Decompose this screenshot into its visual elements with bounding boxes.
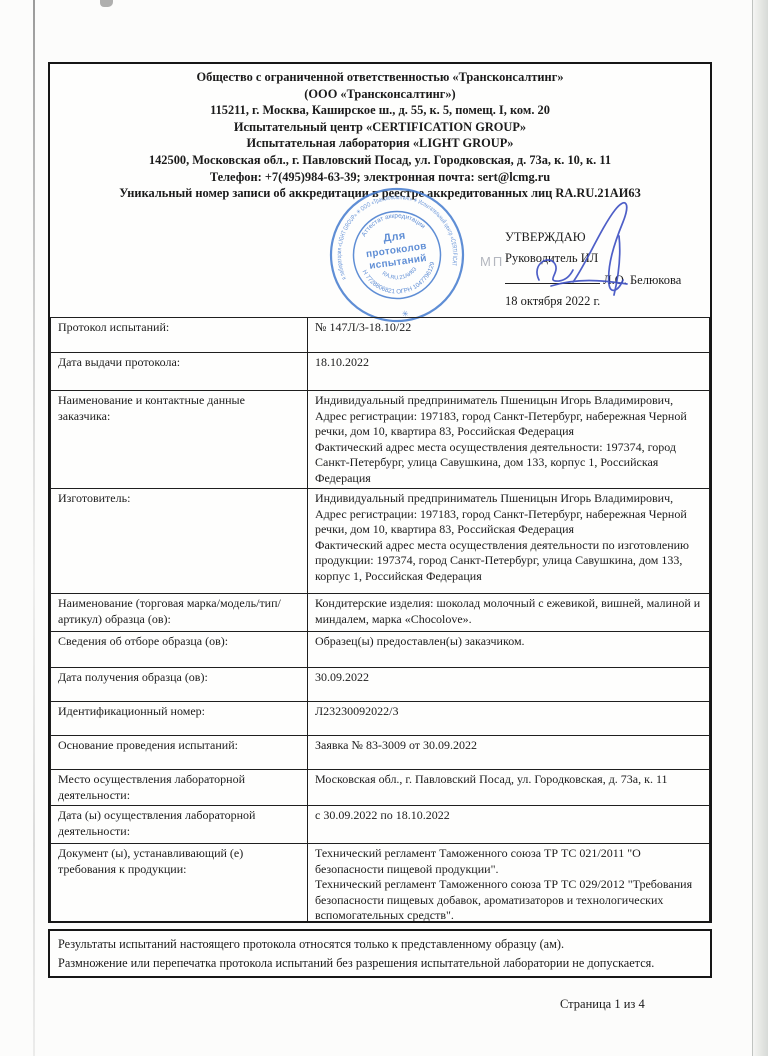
row-value: 30.09.2022 (308, 668, 710, 702)
ink-smudge-artifact (100, 0, 113, 7)
row-value: Технический регламент Таможенного союза … (308, 844, 710, 924)
table-row: Дата получения образца (ов):30.09.2022 (51, 668, 710, 702)
letterhead: Общество с ограниченной ответственностью… (50, 64, 710, 202)
table-row: Идентификационный номер:Л23230092022/3 (51, 702, 710, 736)
row-label: Дата получения образца (ов): (51, 668, 308, 702)
row-label: Протокол испытаний: (51, 318, 308, 353)
approve-label: УТВЕРЖДАЮ (505, 227, 712, 248)
row-label: Наименование и контактные данные заказчи… (51, 391, 308, 489)
row-value: № 147Л/3-18.10/22 (308, 318, 710, 353)
row-value: 18.10.2022 (308, 353, 710, 391)
row-label: Сведения об отборе образца (ов): (51, 632, 308, 668)
letterhead-line: 115211, г. Москва, Каширское ш., д. 55, … (50, 102, 710, 119)
row-label: Документ (ы), устанавливающий (е) требов… (51, 844, 308, 924)
note-line: Результаты испытаний настоящего протокол… (58, 935, 702, 954)
table-row: Дата выдачи протокола:18.10.2022 (51, 353, 710, 391)
row-value: Кондитерские изделия: шоколад молочный с… (308, 594, 710, 632)
row-value: Индивидуальный предприниматель Пшеницын … (308, 489, 710, 594)
document-frame: Общество с ограниченной ответственностью… (48, 62, 712, 923)
table-row: Сведения об отборе образца (ов):Образец(… (51, 632, 710, 668)
scan-edge-left-artifact (33, 0, 35, 1056)
page-number: Страница 1 из 4 (560, 997, 645, 1012)
letterhead-line: Общество с ограниченной ответственностью… (50, 69, 710, 86)
note-line: Размножение или перепечатка протокола ис… (58, 954, 702, 973)
table-row: Дата (ы) осуществления лабораторной деят… (51, 806, 710, 844)
signer-name: Л.О. Белюкова (603, 273, 681, 287)
row-value: Заявка № 83-3009 от 30.09.2022 (308, 736, 710, 770)
table-row: Место осуществления лабораторной деятель… (51, 770, 710, 806)
row-label: Дата выдачи протокола: (51, 353, 308, 391)
table-row: Наименование (торговая марка/модель/тип/… (51, 594, 710, 632)
table-row: Основание проведения испытаний:Заявка № … (51, 736, 710, 770)
table-row: Изготовитель:Индивидуальный предпринимат… (51, 489, 710, 594)
row-label: Дата (ы) осуществления лабораторной деят… (51, 806, 308, 844)
row-value: с 30.09.2022 по 18.10.2022 (308, 806, 710, 844)
table-row: Документ (ы), устанавливающий (е) требов… (51, 844, 710, 924)
row-value: Московская обл., г. Павловский Посад, ул… (308, 770, 710, 806)
approval-date: 18 октября 2022 г. (505, 291, 712, 312)
stamp-center-line1: Для (383, 230, 407, 245)
letterhead-line: 142500, Московская обл., г. Павловский П… (50, 152, 710, 169)
approver-role: Руководитель ИЛ (505, 248, 712, 269)
approval-block: УТВЕРЖДАЮ Руководитель ИЛ Л.О. Белюкова … (505, 227, 712, 311)
scan-edge-right-artifact (752, 0, 768, 1056)
stamp-place-label: МП (480, 254, 504, 269)
row-label: Основание проведения испытаний: (51, 736, 308, 770)
row-value: Л23230092022/3 (308, 702, 710, 736)
row-label: Место осуществления лабораторной деятель… (51, 770, 308, 806)
letterhead-line: (ООО «Трансконсалтинг») (50, 86, 710, 103)
table-row: Протокол испытаний:№ 147Л/3-18.10/22 (51, 318, 710, 353)
round-stamp: Испытательная лаборатория «LIGHT GROUP» … (328, 186, 466, 324)
table-row: Наименование и контактные данные заказчи… (51, 391, 710, 489)
row-value: Образец(ы) предоставлен(ы) заказчиком. (308, 632, 710, 668)
letterhead-line: Испытательная лаборатория «LIGHT GROUP» (50, 135, 710, 152)
signature-line (505, 268, 600, 284)
row-label: Изготовитель: (51, 489, 308, 594)
row-value: Индивидуальный предприниматель Пшеницын … (308, 391, 710, 489)
notes-box: Результаты испытаний настоящего протокол… (48, 929, 712, 978)
letterhead-line: Испытательный центр «CERTIFICATION GROUP… (50, 119, 710, 136)
row-label: Идентификационный номер: (51, 702, 308, 736)
protocol-table: Протокол испытаний:№ 147Л/3-18.10/22 Дат… (50, 317, 710, 923)
row-label: Наименование (торговая марка/модель/тип/… (51, 594, 308, 632)
letterhead-line: Телефон: +7(495)984-63-39; электронная п… (50, 169, 710, 186)
